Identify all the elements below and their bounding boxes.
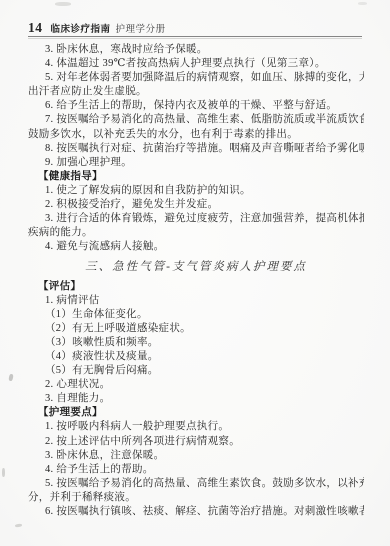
list-item-continuation: 鼓励多饮水，以补充丢失的水分，也有利于毒素的排出。 [28, 128, 364, 142]
list-item-continuation: 疾病的能力。 [28, 226, 364, 240]
subsection-label: 【评估】 [28, 280, 364, 294]
list-item: （3）咳嗽性质和频率。 [28, 336, 364, 350]
list-item: 5. 按医嘱给予易消化的高热量、高维生素饮食。鼓励多饮水，以补充水 [28, 477, 364, 491]
list-item: （5）有无胸骨后闷痛。 [28, 364, 364, 378]
list-item: 1. 按呼吸内科病人一般护理要点执行。 [28, 420, 364, 434]
list-item: 2. 积极接受治疗，避免发生并发症。 [28, 198, 364, 212]
list-item-continuation: 分，并利于稀释痰液。 [28, 491, 364, 505]
list-item: 3. 卧床休息，寒战时应给予保暖。 [28, 43, 364, 57]
scan-artifact [55, 2, 71, 6]
list-item: 6. 给予生活上的帮助，保持内衣及被单的干燥、平整与舒适。 [28, 99, 364, 113]
list-item: 3. 进行合适的体育锻炼，避免过度疲劳，注意加强营养，提高机体抵抗 [28, 212, 364, 226]
section-heading: 三、急性气管-支气管炎病人护理要点 [28, 260, 364, 274]
header-divider [28, 36, 362, 37]
list-item: 4. 体温超过 39℃者按高热病人护理要点执行（见第三章）。 [28, 57, 364, 71]
list-item: 3. 卧床休息，注意保暖。 [28, 449, 364, 463]
volume-title: 护理学分册 [116, 21, 166, 35]
list-item: 7. 按医嘱给予易消化的高热量、高维生素、低脂肪流质或半流质饮食。 [28, 113, 364, 127]
list-item: 8. 按医嘱执行对症、抗菌治疗等措施。咽痛及声音嘶哑者给予雾化吸入。 [28, 142, 364, 156]
list-item: 4. 给予生活上的帮助。 [28, 463, 364, 477]
document-body: 3. 卧床休息，寒战时应给予保暖。 4. 体温超过 39℃者按高热病人护理要点执… [28, 43, 364, 519]
list-item: 3. 自理能力。 [28, 392, 364, 406]
list-item: 1. 使之了解发病的原因和自我防护的知识。 [28, 184, 364, 198]
scan-artifact [15, 524, 22, 528]
list-item: （1）生命体征变化。 [28, 308, 364, 322]
scanned-book-page: { "header": { "page_number": "14", "book… [0, 0, 390, 546]
list-item: 9. 加强心理护理。 [28, 156, 364, 170]
list-item: 2. 按上述评估中所列各项进行病情观察。 [28, 435, 364, 449]
subsection-label: 【护理要点】 [28, 406, 364, 420]
list-item: 4. 避免与流感病人接触。 [28, 240, 364, 254]
scan-artifact [2, 468, 5, 477]
list-item: 5. 对年老体弱者要加强降温后的病情观察，如血压、脉搏的变化，大量 [28, 71, 364, 85]
subsection-label: 【健康指导】 [28, 170, 364, 184]
scan-artifact [8, 374, 13, 382]
list-item-continuation: 出汗者应防止发生虚脱。 [28, 85, 364, 99]
list-item: 1. 病情评估 [28, 294, 364, 308]
list-item: 6. 按医嘱执行镇咳、祛痰、解痉、抗菌等治疗措施。对刺激性咳嗽者可 [28, 505, 364, 519]
list-item: （4）痰液性状及痰量。 [28, 350, 364, 364]
scan-artifact [358, 2, 367, 5]
list-item: （2）有无上呼吸道感染症状。 [28, 322, 364, 336]
page-number: 14 [28, 20, 43, 36]
list-item: 2. 心理状况。 [28, 378, 364, 392]
running-header: 14 临床诊疗指南 护理学分册 [28, 20, 362, 36]
book-title: 临床诊疗指南 [51, 21, 111, 35]
